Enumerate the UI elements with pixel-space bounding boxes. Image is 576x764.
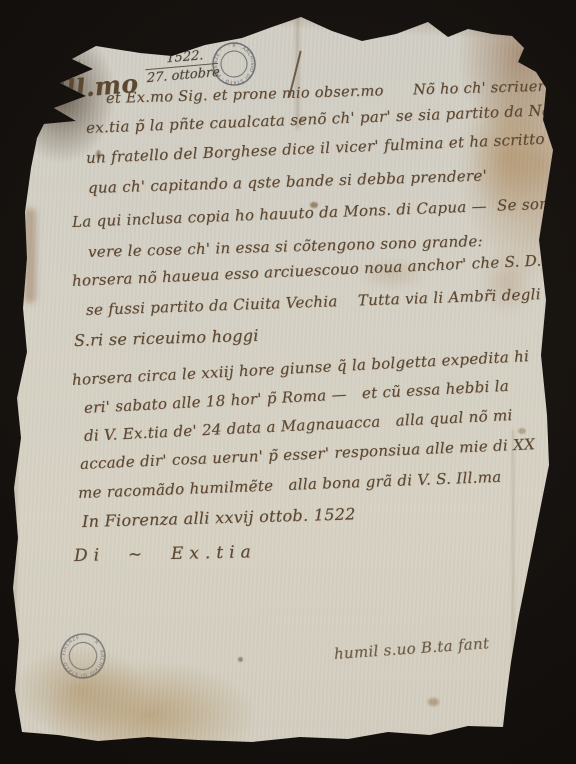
- manuscript-photo: · R · ARCHIVIO DI STATO · FIRENZE · · R …: [0, 0, 576, 764]
- manuscript-line: un fratello del Borghese dice il vicer' …: [86, 130, 545, 167]
- manuscript-line: In Fiorenza alli xxvij ottob. 1522: [82, 504, 356, 531]
- manuscript-line: S.ri se riceuimo hoggi: [74, 326, 259, 350]
- manuscript-line: La qui inclusa copia ho hauuto da Mons. …: [72, 194, 559, 231]
- signature-line: humil s.uo B.ta fant: [333, 634, 489, 663]
- manuscript-line: se fussi partito da Ciuita Vechia Tutta …: [86, 285, 541, 319]
- stain: [550, 310, 563, 329]
- handwriting-layer: Jll.mo et Ex.mo Sig. et prone mio obser.…: [0, 0, 576, 764]
- manuscript-line: qua ch' capitando a qste bande si debba …: [88, 166, 488, 197]
- manuscript-paper: · R · ARCHIVIO DI STATO · FIRENZE · · R …: [0, 0, 576, 764]
- manuscript-line: me racomãdo humilmẽte alla bona grã di V…: [78, 468, 502, 502]
- closing-line: Di ~ Ex.tia: [74, 542, 257, 566]
